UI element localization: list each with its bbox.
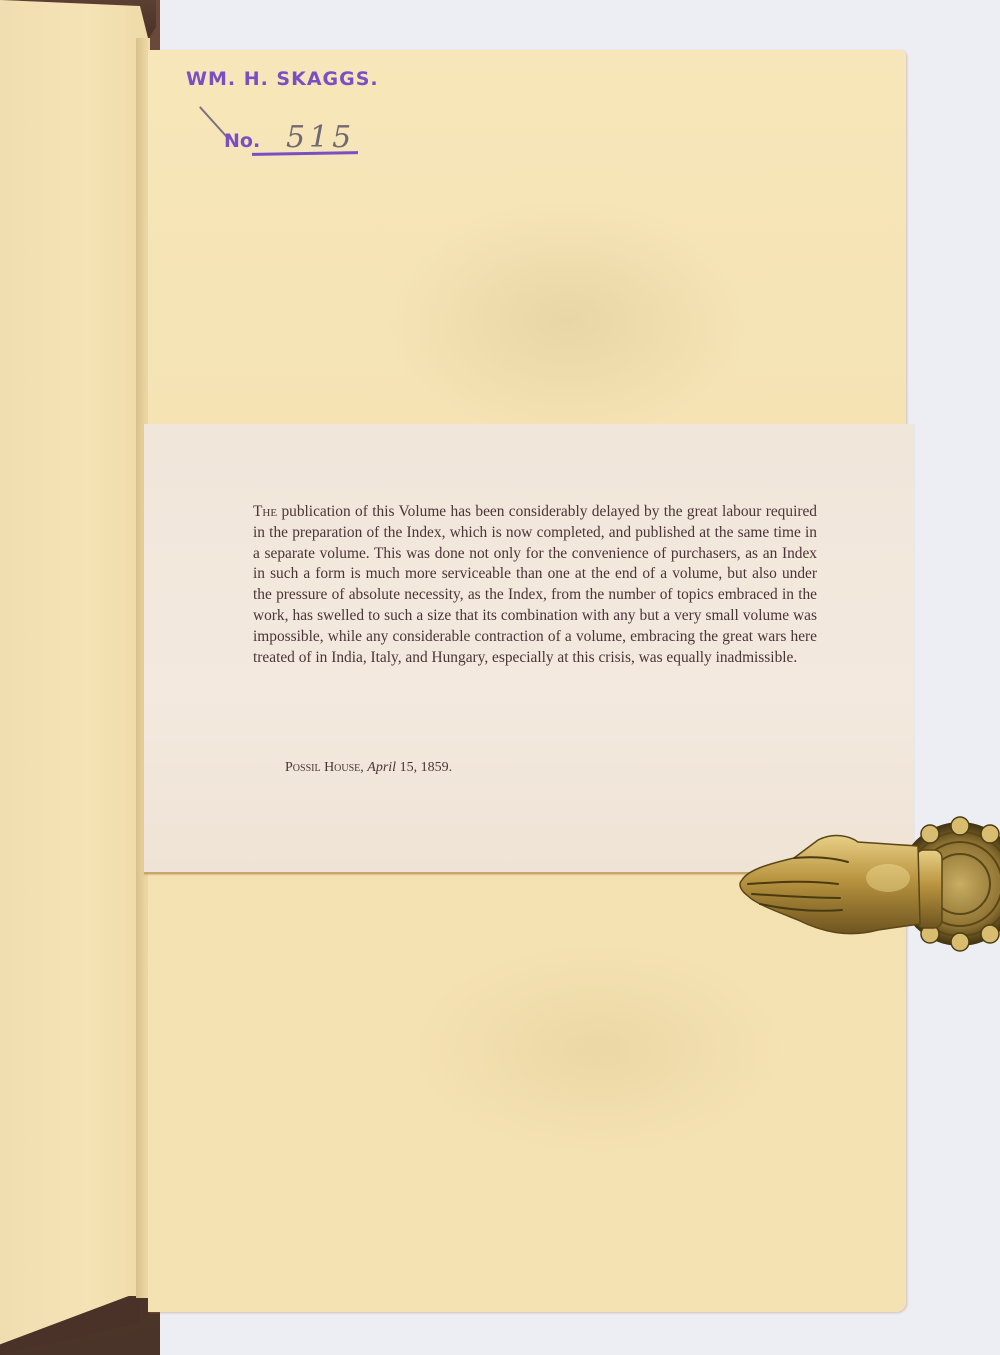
left-endpaper (0, 0, 148, 1355)
notice-lead-word: The (253, 503, 277, 520)
stamp-number-label: No. (224, 130, 260, 152)
notice-paragraph: publication of this Volume has been cons… (253, 503, 817, 666)
notice-text: The publication of this Volume has been … (253, 502, 817, 668)
stamp-owner-name: WM. H. SKAGGS. (186, 68, 379, 90)
signature-month: April (367, 760, 396, 775)
stamp-handwritten-number: 515 (286, 120, 355, 155)
signature-place: Possil House, (285, 760, 364, 775)
publisher-notice-slip: The publication of this Volume has been … (144, 424, 914, 874)
brass-hand-clip (738, 812, 1000, 956)
notice-signature: Possil House, April 15, 1859. (285, 760, 452, 776)
signature-date: 15, 1859. (396, 760, 452, 775)
ownership-stamp: WM. H. SKAGGS. No. 515 (186, 68, 426, 168)
brass-hand-clip-icon (738, 812, 1000, 956)
